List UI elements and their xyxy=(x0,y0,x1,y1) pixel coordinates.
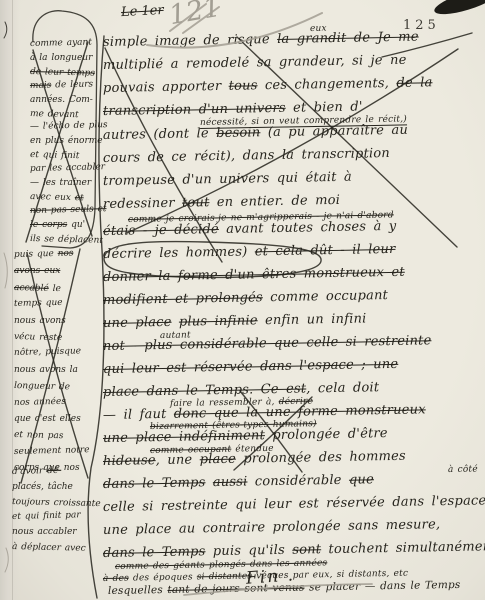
handwritten-text: simple image de risque xyxy=(103,32,277,50)
struck-text: donner la forme d'un êtres monstrueux et xyxy=(103,265,405,285)
struck-text: nos xyxy=(58,249,74,259)
struck-text: de la xyxy=(396,75,432,91)
handwritten-text: prolongée des hommes xyxy=(236,449,406,467)
body-line: une place plus infinie enfin un infini xyxy=(103,312,367,330)
handwritten-text: vécu reste xyxy=(14,332,63,343)
struck-text: dé- xyxy=(47,466,61,476)
body-line: modifient et prolongés comme occupant xyxy=(103,289,388,307)
struck-text: plus infinie xyxy=(179,313,258,329)
struck-text: étais - je décidé xyxy=(103,222,219,239)
body-line: dans le Temps aussi considérable que xyxy=(103,473,374,491)
margin-block-bottom-line: à déplacer avec xyxy=(12,543,86,554)
handwritten-text: nos années xyxy=(14,396,66,407)
handwritten-text: toujours croissante xyxy=(12,497,101,509)
margin-block-top-line: en plus énorme xyxy=(30,137,103,146)
header-struck-word: Le 1er xyxy=(121,3,164,20)
struck-text: accablé xyxy=(14,283,49,294)
body-line: donner la forme d'un êtres monstrueux et xyxy=(103,266,405,284)
body-line: trompeuse d'un univers qui était à xyxy=(103,171,352,188)
handwritten-text: et qui finit par xyxy=(12,510,81,522)
handwritten-text: avec eux xyxy=(30,192,75,203)
margin-block-bottom-line: d'avoir dé- xyxy=(12,467,62,477)
handwritten-text: trompeuse d'un univers qui était à xyxy=(103,170,352,189)
handwritten-text: comme ayant xyxy=(30,37,92,49)
body-line: redessiner tout en entier. de moi xyxy=(103,194,340,211)
struck-text: tout xyxy=(182,195,210,210)
body-line: qui leur est réservée dans l'espace ; un… xyxy=(103,358,398,376)
ink-blot xyxy=(432,0,485,19)
margin-block-top-line: comme ayant xyxy=(30,38,92,49)
handwritten-text: que c'est elles xyxy=(14,414,81,424)
margin-block-middle-line: accablé le xyxy=(14,284,61,294)
margin-block-top-line: et qui finit xyxy=(30,151,80,161)
handwritten-text: — les traîner xyxy=(30,178,91,188)
handwritten-text: comme occupant xyxy=(263,288,388,305)
body-line: une place indéfiniment prolongée d'être xyxy=(103,427,388,445)
margin-block-bottom-line: toujours croissante xyxy=(12,498,101,509)
margin-block-bottom-line: nous accabler xyxy=(12,528,77,537)
struck-text: dans le Temps xyxy=(103,475,206,492)
handwritten-text: longueur de xyxy=(14,381,70,392)
struck-text: place xyxy=(200,452,236,468)
handwritten-text: nous avons la xyxy=(14,365,78,375)
margin-block-top-line: ils se déplacent xyxy=(30,235,103,246)
handwritten-text: touchent simultanément xyxy=(321,539,485,557)
margin-block-top-line: années. Com- xyxy=(30,96,93,105)
margin-block-middle-line: longueur de xyxy=(14,382,70,392)
handwritten-text: et bien d' xyxy=(286,99,363,115)
struck-text: le corps xyxy=(30,220,67,230)
handwritten-text: eux xyxy=(310,24,327,34)
body-line: eux xyxy=(310,25,327,34)
handwritten-text: — l'écho de plus xyxy=(30,120,108,132)
struck-text: la grandit de Je me xyxy=(277,29,419,46)
handwritten-text: décrire les hommes) xyxy=(103,244,255,262)
body-line: décrire les hommes) et cela dût - il leu… xyxy=(103,243,396,261)
struck-text: que xyxy=(349,472,374,487)
handwritten-text: autres (dont le xyxy=(103,126,216,143)
handwritten-text: (a pu apparaître au xyxy=(260,123,408,141)
handwritten-text: se placer — dans le Temps xyxy=(304,579,460,594)
struck-text: not - plus xyxy=(103,338,173,354)
handwritten-text: multiplié a remodelé sa grandeur, si je … xyxy=(103,53,407,73)
struck-text: une xyxy=(373,357,398,372)
body-line: cours de ce récit), dans la transcriptio… xyxy=(103,147,390,165)
handwritten-text: et qui finit xyxy=(30,150,80,161)
margin-block-middle-line: seulement notre xyxy=(14,446,90,457)
margin-block-middle-line: nous avons la xyxy=(14,366,78,375)
struck-text: une place indéfiniment xyxy=(103,428,265,446)
handwritten-text: ils se déplacent xyxy=(30,234,103,246)
handwritten-text: nous avons xyxy=(14,316,66,326)
margin-block-top-line: avec eux et xyxy=(30,193,84,203)
handwritten-text: qu' xyxy=(67,220,85,230)
margin-block-middle-line: vécu reste xyxy=(14,333,63,343)
margin-block-top-line: me devant xyxy=(30,110,79,120)
margin-block-bottom-line: et qui finit par xyxy=(12,511,81,522)
body-line: hideuse, une place prolongée des hommes xyxy=(103,450,406,468)
handwritten-text: prolongée d'être xyxy=(265,426,388,443)
margin-block-top-line: — l'écho de plus xyxy=(30,121,108,132)
body-line: multiplié a remodelé sa grandeur, si je … xyxy=(103,54,407,72)
struck-text: si distantes xyxy=(197,571,253,582)
body-line: celle si restreinte qui leur est réservé… xyxy=(103,494,485,514)
handwritten-text: lesquelles xyxy=(108,584,168,597)
body-line: simple image de risque la grandit de Je … xyxy=(103,30,419,49)
handwritten-text: nôtre, puisque xyxy=(14,347,81,359)
header-pencil-number: 121 xyxy=(167,0,223,31)
margin-block-middle-line: nôtre, puisque xyxy=(14,348,81,359)
handwritten-text: pouvais apporter xyxy=(103,79,229,96)
body-line: not - plus considérable que celle si res… xyxy=(103,334,432,353)
margin-block-middle-line: avons eux xyxy=(14,267,60,276)
handwritten-text: à côté xyxy=(448,464,478,475)
handwritten-text: placés, tâche xyxy=(12,482,73,492)
struck-text: qui leur est réservée dans l'espace ; xyxy=(103,357,373,377)
margin-block-middle-line: puis que nos xyxy=(14,250,74,260)
handwritten-text: en plus énorme xyxy=(30,136,103,146)
margin-block-top-line: le corps qu' xyxy=(30,221,85,230)
struck-text: hideuse xyxy=(103,453,156,469)
body-line: à côté xyxy=(448,465,478,475)
struck-text: modifient et prolongés xyxy=(103,290,263,308)
body-line: autres (dont le besoin (a pu apparaître … xyxy=(103,124,408,142)
margin-block-top-line: — les traîner xyxy=(30,179,91,188)
handwritten-text: en entier. de moi xyxy=(209,193,340,210)
margin-block-top-line: non pas seuls et xyxy=(30,205,107,216)
handwritten-text: ces changements, xyxy=(257,76,396,93)
margin-block-middle-line: et non pas xyxy=(14,431,64,441)
handwritten-text: d'avoir xyxy=(12,466,47,477)
struck-text: une place xyxy=(103,315,172,331)
handwritten-text: et non pas xyxy=(14,430,64,441)
handwritten-text: enfin un infini xyxy=(258,311,367,328)
handwritten-text: de leurs xyxy=(51,79,93,90)
margin-block-top-line: à la longueur xyxy=(30,54,92,63)
body-line: une place au contraire prolongée sans me… xyxy=(103,518,440,537)
handwritten-text: me devant xyxy=(30,109,79,120)
struck-text: dans le Temps xyxy=(103,544,206,561)
handwritten-text: des époques xyxy=(129,572,197,583)
handwritten-text: cours de ce récit), dans la transcriptio… xyxy=(103,146,390,166)
handwritten-text: temps que xyxy=(14,298,63,309)
handwritten-text: considérable xyxy=(247,473,349,490)
margin-block-top-line: mais de leurs xyxy=(30,80,93,91)
handwritten-text: nous accabler xyxy=(12,527,77,537)
handwritten-text: puis que xyxy=(14,249,58,260)
handwritten-text: — il faut xyxy=(103,407,174,423)
handwritten-text: , cela doit xyxy=(306,380,379,396)
struck-text: et xyxy=(75,193,84,203)
handwritten-text: avant toutes choses à y xyxy=(219,219,397,237)
margin-block-top-line: par les accabler xyxy=(30,163,105,174)
margin-block-bottom-line: placés, tâche xyxy=(12,483,73,492)
handwritten-text: par les accabler xyxy=(30,162,105,174)
handwritten-text: années. Com- xyxy=(30,95,93,105)
manuscript-page: 125 Le 1er 121 comme ayantà la longueurd… xyxy=(0,0,485,600)
margin-block-middle-line: nous avons xyxy=(14,317,66,326)
struck-text: besoin xyxy=(216,125,261,141)
struck-text: aussi xyxy=(213,474,248,490)
handwritten-text: celle si restreinte qui leur est réservé… xyxy=(103,493,485,515)
struck-text: à des xyxy=(103,574,129,584)
fin-label: Fin . xyxy=(245,565,295,588)
margin-block-middle-line: que c'est elles xyxy=(14,415,81,424)
handwritten-text: une place au contraire prolongée sans me… xyxy=(103,517,441,538)
handwritten-text: , une xyxy=(156,452,200,468)
struck-text: mais xyxy=(30,80,52,91)
struck-text: sont xyxy=(292,542,321,558)
struck-text: tous xyxy=(229,78,258,94)
body-line: pouvais apporter tous ces changements, d… xyxy=(103,76,433,95)
handwritten-text: le xyxy=(49,284,61,294)
margin-block-middle-line: temps que xyxy=(14,299,63,309)
handwritten-text: seulement notre xyxy=(14,445,90,457)
handwritten-text: redessiner xyxy=(103,196,182,212)
struck-text: considérable que celle si restreinte xyxy=(172,333,431,353)
margin-block-top-line: de leur temps xyxy=(30,68,95,79)
handwritten-text: à la longueur xyxy=(30,53,92,63)
body-line: étais - je décidé avant toutes choses à … xyxy=(103,220,397,238)
struck-text: non pas seuls et xyxy=(30,204,107,216)
struck-text: avons eux xyxy=(14,266,60,276)
page-edge-crease xyxy=(12,0,13,600)
struck-text: de leur temps xyxy=(30,67,95,79)
struck-text: et cela dût - il leur xyxy=(255,242,396,259)
handwritten-text: puis qu'ils xyxy=(205,543,292,560)
body-line: dans le Temps puis qu'ils sont touchent … xyxy=(103,540,485,560)
margin-block-middle-line: nos années xyxy=(14,397,66,407)
handwritten-text: à déplacer avec xyxy=(12,542,86,554)
body-line: place dans le Temps. Ce est, cela doit xyxy=(103,381,379,399)
